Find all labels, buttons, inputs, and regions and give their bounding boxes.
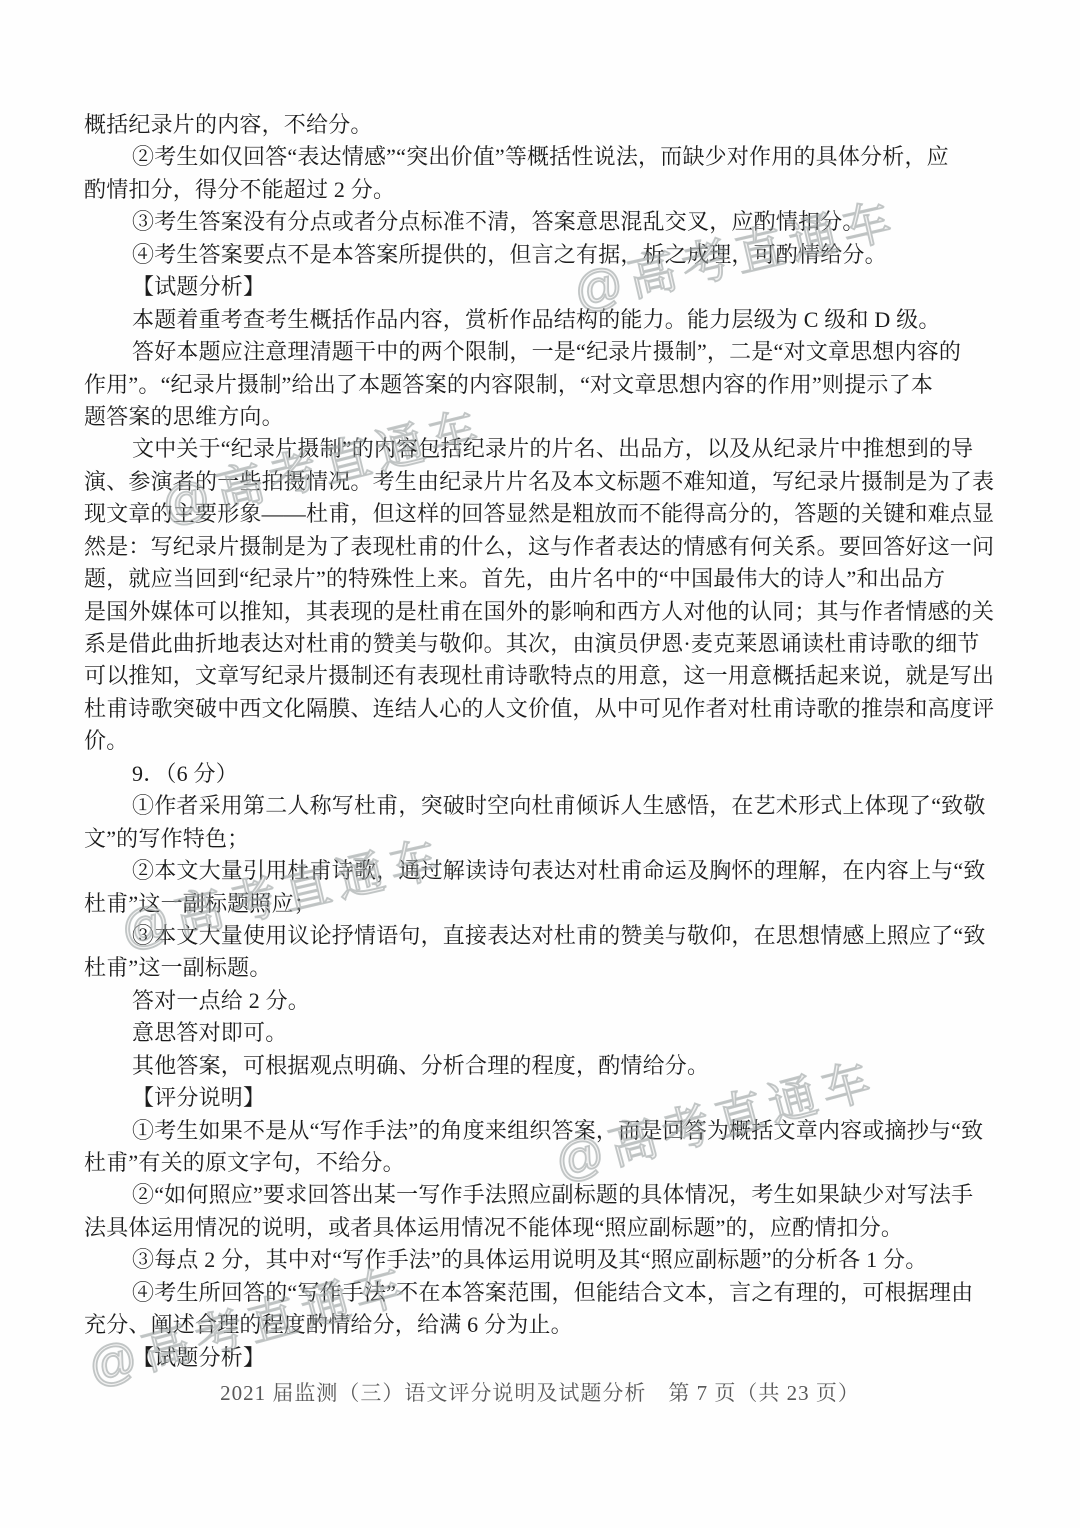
text-line: ①作者采用第二人称写杜甫，突破时空向杜甫倾诉人生感悟，在艺术形式上体现了“致敬 (84, 790, 1000, 822)
text-line: 【试题分析】 (84, 271, 1000, 303)
text-line: 【评分说明】 (84, 1082, 1000, 1114)
text-line: ①考生如果不是从“写作手法”的角度来组织答案，而是回答为概括文章内容或摘抄与“致 (84, 1115, 1000, 1147)
text-line: 【试题分析】 (84, 1342, 1000, 1374)
text-line: ②本文大量引用杜甫诗歌，通过解读诗句表达对杜甫命运及胸怀的理解，在内容上与“致 (84, 855, 1000, 887)
document-body: 概括纪录片的内容，不给分。②考生如仅回答“表达情感”“突出价值”等概括性说法，而… (84, 109, 1000, 1374)
text-line: 是国外媒体可以推知，其表现的是杜甫在国外的影响和西方人对他的认同；其与作者情感的… (84, 596, 1000, 628)
text-line: 然是：写纪录片摄制是为了表现杜甫的什么，这与作者表达的情感有何关系。要回答好这一… (84, 531, 1000, 563)
text-line: 充分、阐述合理的程度酌情给分，给满 6 分为止。 (84, 1309, 1000, 1341)
text-line: ④考生所回答的“写作手法”不在本答案范围，但能结合文本，言之有理的，可根据理由 (84, 1277, 1000, 1309)
text-line: ③每点 2 分，其中对“写作手法”的具体运用说明及其“照应副标题”的分析各 1 … (84, 1244, 1000, 1276)
text-line: 杜甫”这一副标题照应； (84, 888, 1000, 920)
text-line: 9．（6 分） (84, 758, 1000, 790)
text-line: 本题着重考查考生概括作品内容，赏析作品结构的能力。能力层级为 C 级和 D 级。 (84, 304, 1000, 336)
text-line: 概括纪录片的内容，不给分。 (84, 109, 1000, 141)
scanned-document-page: 概括纪录片的内容，不给分。②考生如仅回答“表达情感”“突出价值”等概括性说法，而… (0, 0, 1080, 1528)
text-line: 酌情扣分，得分不能超过 2 分。 (84, 174, 1000, 206)
text-line: 现文章的主要形象——杜甫，但这样的回答显然是粗放而不能得高分的，答题的关键和难点… (84, 498, 1000, 530)
text-line: 价。 (84, 725, 1000, 757)
text-line: 系是借此曲折地表达对杜甫的赞美与敬仰。其次，由演员伊恩·麦克莱恩诵读杜甫诗歌的细… (84, 628, 1000, 660)
text-line: 杜甫”这一副标题。 (84, 952, 1000, 984)
text-line: 题，就应当回到“纪录片”的特殊性上来。首先，由片名中的“中国最伟大的诗人”和出品… (84, 563, 1000, 595)
text-line: 其他答案，可根据观点明确、分析合理的程度，酌情给分。 (84, 1050, 1000, 1082)
text-line: ②考生如仅回答“表达情感”“突出价值”等概括性说法，而缺少对作用的具体分析，应 (84, 141, 1000, 173)
text-line: 可以推知，文章写纪录片摄制还有表现杜甫诗歌特点的用意，这一用意概括起来说，就是写… (84, 660, 1000, 692)
text-line: ③考生答案没有分点或者分点标准不清，答案意思混乱交叉，应酌情扣分。 (84, 206, 1000, 238)
text-line: 文中关于“纪录片摄制”的内容包括纪录片的片名、出品方，以及从纪录片中推想到的导 (84, 433, 1000, 465)
text-line: 答对一点给 2 分。 (84, 985, 1000, 1017)
text-line: 演、参演者的一些拍摄情况。考生由纪录片片名及本文标题不难知道，写纪录片摄制是为了… (84, 466, 1000, 498)
text-line: 答好本题应注意理清题干中的两个限制，一是“纪录片摄制”，二是“对文章思想内容的 (84, 336, 1000, 368)
text-line: 文”的写作特色； (84, 823, 1000, 855)
text-line: 题答案的思维方向。 (84, 401, 1000, 433)
text-line: 作用”。“纪录片摄制”给出了本题答案的内容限制，“对文章思想内容的作用”则提示了… (84, 369, 1000, 401)
text-line: 杜甫诗歌突破中西文化隔膜、连结人心的人文价值，从中可见作者对杜甫诗歌的推崇和高度… (84, 693, 1000, 725)
text-line: 意思答对即可。 (84, 1017, 1000, 1049)
text-line: 杜甫”有关的原文字句，不给分。 (84, 1147, 1000, 1179)
text-line: ③本文大量使用议论抒情语句，直接表达对杜甫的赞美与敬仰，在思想情感上照应了“致 (84, 920, 1000, 952)
page-footer: 2021 届监测（三）语文评分说明及试题分析 第 7 页（共 23 页） (0, 1377, 1080, 1407)
text-line: 法具体运用情况的说明，或者具体运用情况不能体现“照应副标题”的，应酌情扣分。 (84, 1212, 1000, 1244)
text-line: ④考生答案要点不是本答案所提供的，但言之有据，析之成理，可酌情给分。 (84, 239, 1000, 271)
text-line: ②“如何照应”要求回答出某一写作手法照应副标题的具体情况，考生如果缺少对写法手 (84, 1179, 1000, 1211)
